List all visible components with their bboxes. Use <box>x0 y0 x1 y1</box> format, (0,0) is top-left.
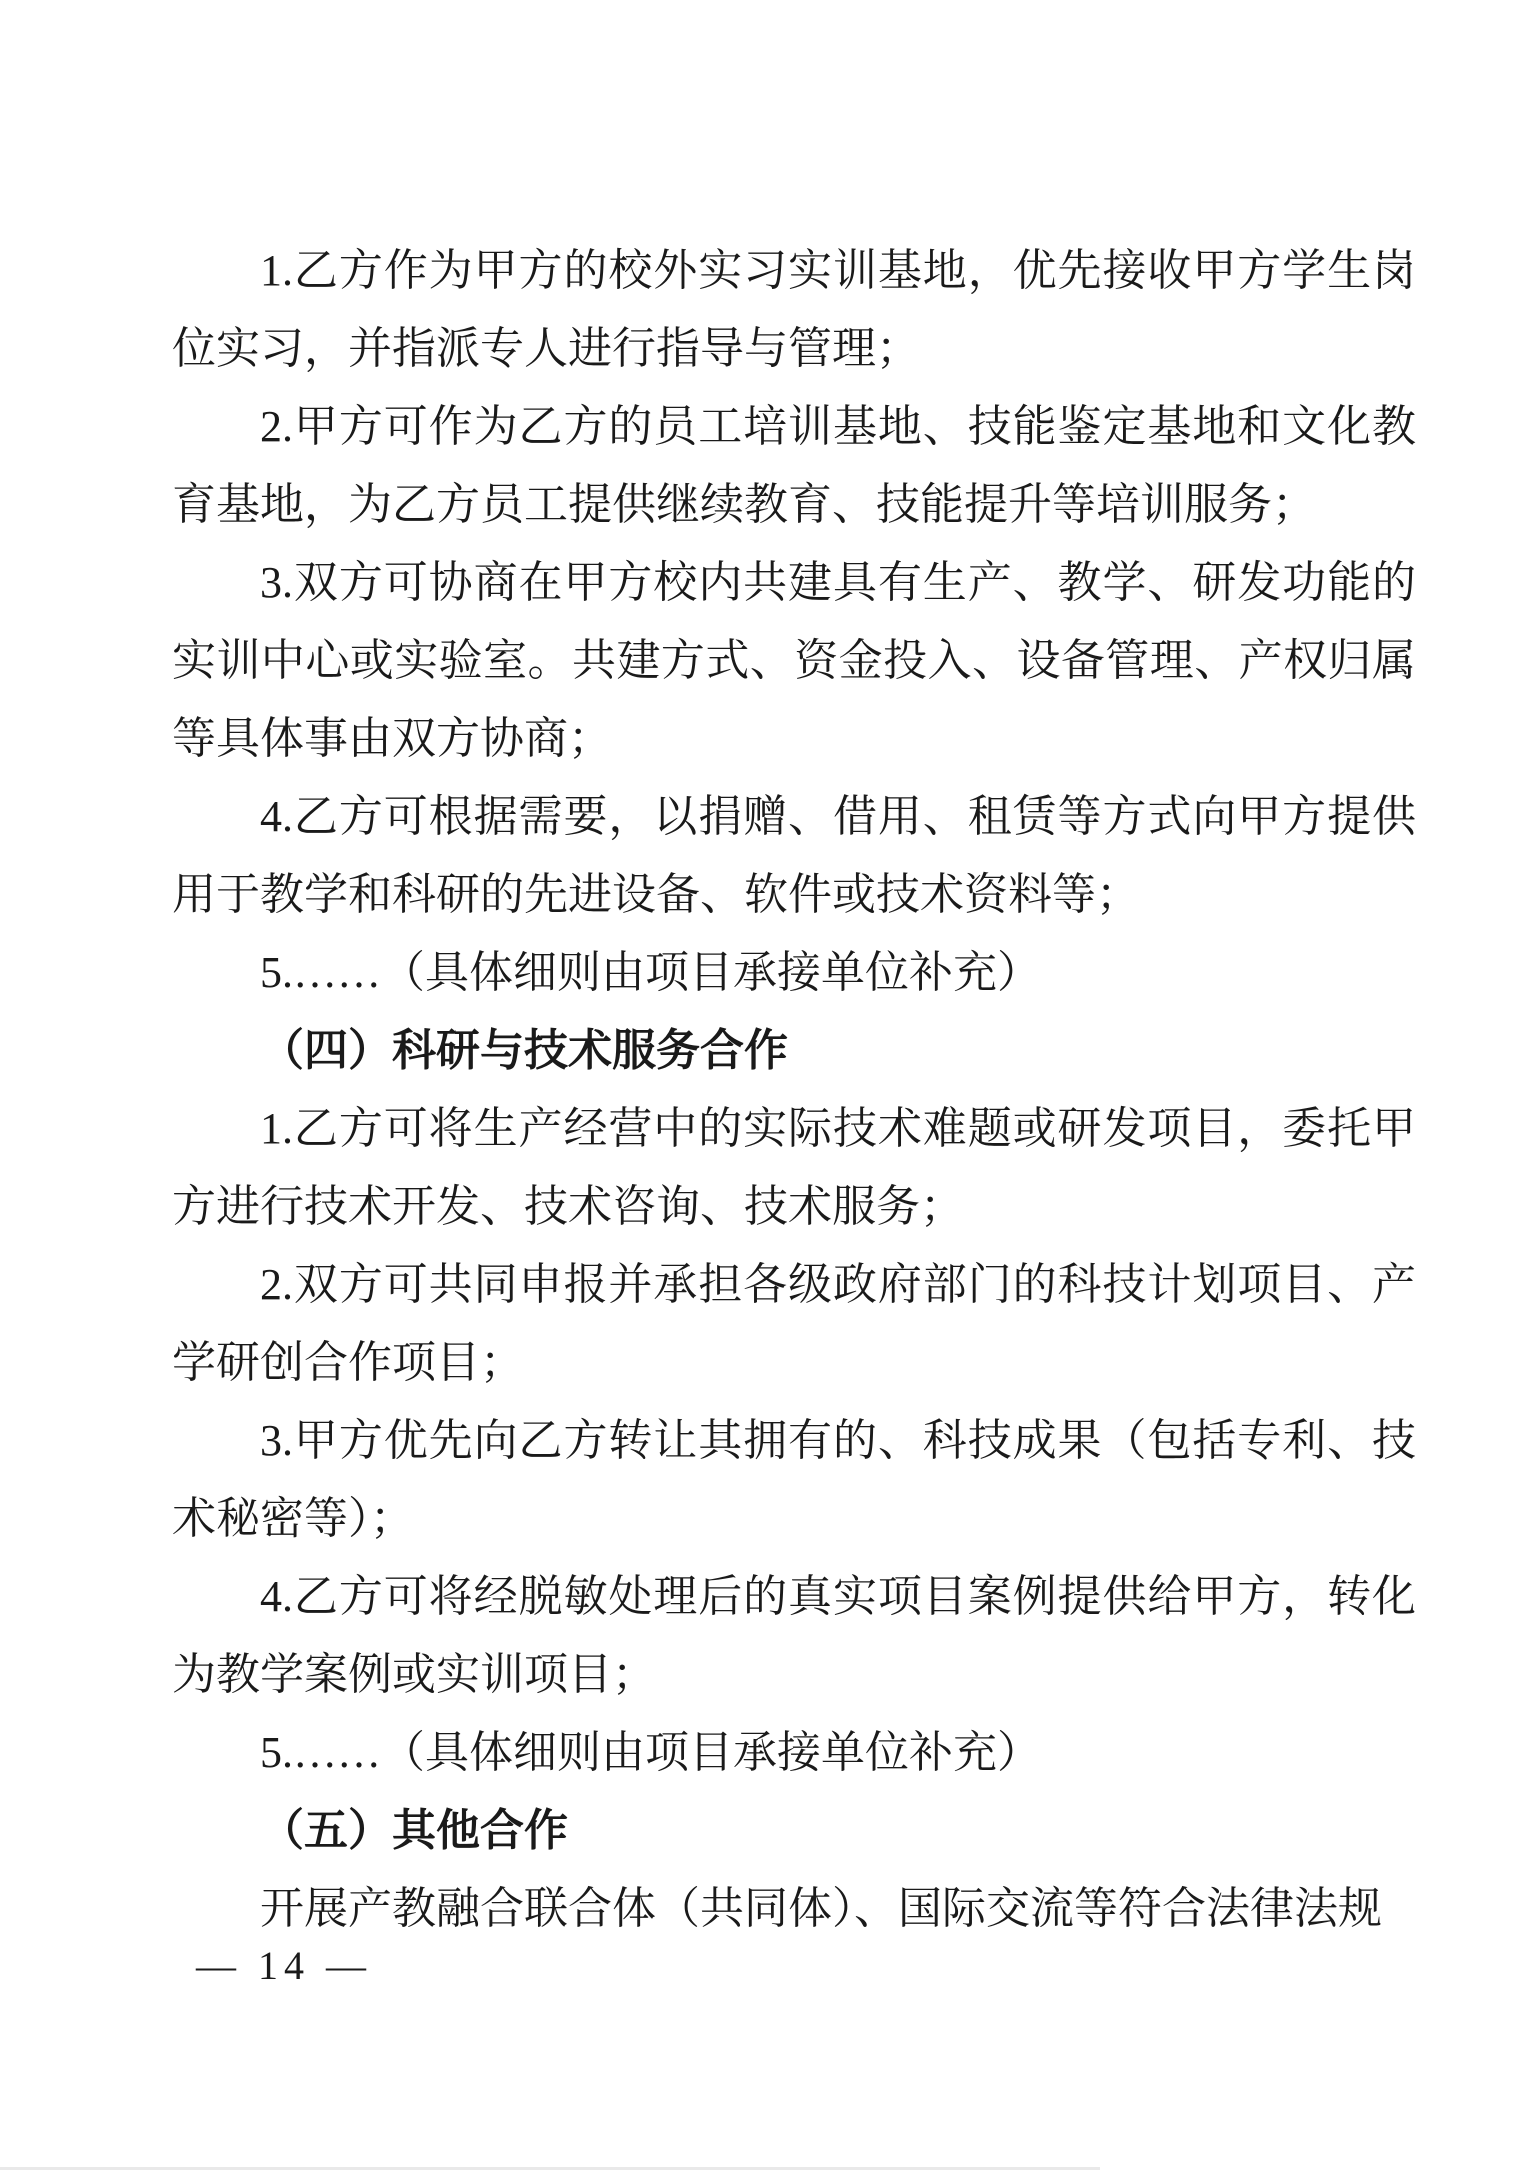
section4-clause-item-2: 2.双方可共同申报并承担各级政府部门的科技计划项目、产学研创合作项目； <box>172 1246 1416 1402</box>
section4-clause-item-3: 3.甲方优先向乙方转让其拥有的、科技成果（包括专利、技术秘密等）； <box>172 1402 1416 1558</box>
section5-opening-line: 开展产教融合联合体（共同体）、国际交流等符合法律法规 <box>172 1870 1416 1948</box>
clause-item-4: 4.乙方可根据需要，以捐赠、借用、租赁等方式向甲方提供用于教学和科研的先进设备、… <box>172 778 1416 934</box>
scan-artifact-line <box>0 2167 1100 2170</box>
section4-clause-item-5: 5.……（具体细则由项目承接单位补充） <box>172 1714 1416 1792</box>
section-heading-4: （四）科研与技术服务合作 <box>172 1012 1416 1090</box>
clause-item-2: 2.甲方可作为乙方的员工培训基地、技能鉴定基地和文化教育基地，为乙方员工提供继续… <box>172 388 1416 544</box>
document-body-text: 1.乙方作为甲方的校外实习实训基地，优先接收甲方学生岗位实习，并指派专人进行指导… <box>172 232 1416 1948</box>
document-page: 1.乙方作为甲方的校外实习实训基地，优先接收甲方学生岗位实习，并指派专人进行指导… <box>0 0 1536 2171</box>
section4-clause-item-4: 4.乙方可将经脱敏处理后的真实项目案例提供给甲方，转化为教学案例或实训项目； <box>172 1558 1416 1714</box>
clause-item-1: 1.乙方作为甲方的校外实习实训基地，优先接收甲方学生岗位实习，并指派专人进行指导… <box>172 232 1416 388</box>
page-number: — 14 — <box>196 1942 372 1990</box>
clause-item-3: 3.双方可协商在甲方校内共建具有生产、教学、研发功能的实训中心或实验室。共建方式… <box>172 544 1416 778</box>
clause-item-5: 5.……（具体细则由项目承接单位补充） <box>172 934 1416 1012</box>
section4-clause-item-1: 1.乙方可将生产经营中的实际技术难题或研发项目，委托甲方进行技术开发、技术咨询、… <box>172 1090 1416 1246</box>
section-heading-5: （五）其他合作 <box>172 1792 1416 1870</box>
